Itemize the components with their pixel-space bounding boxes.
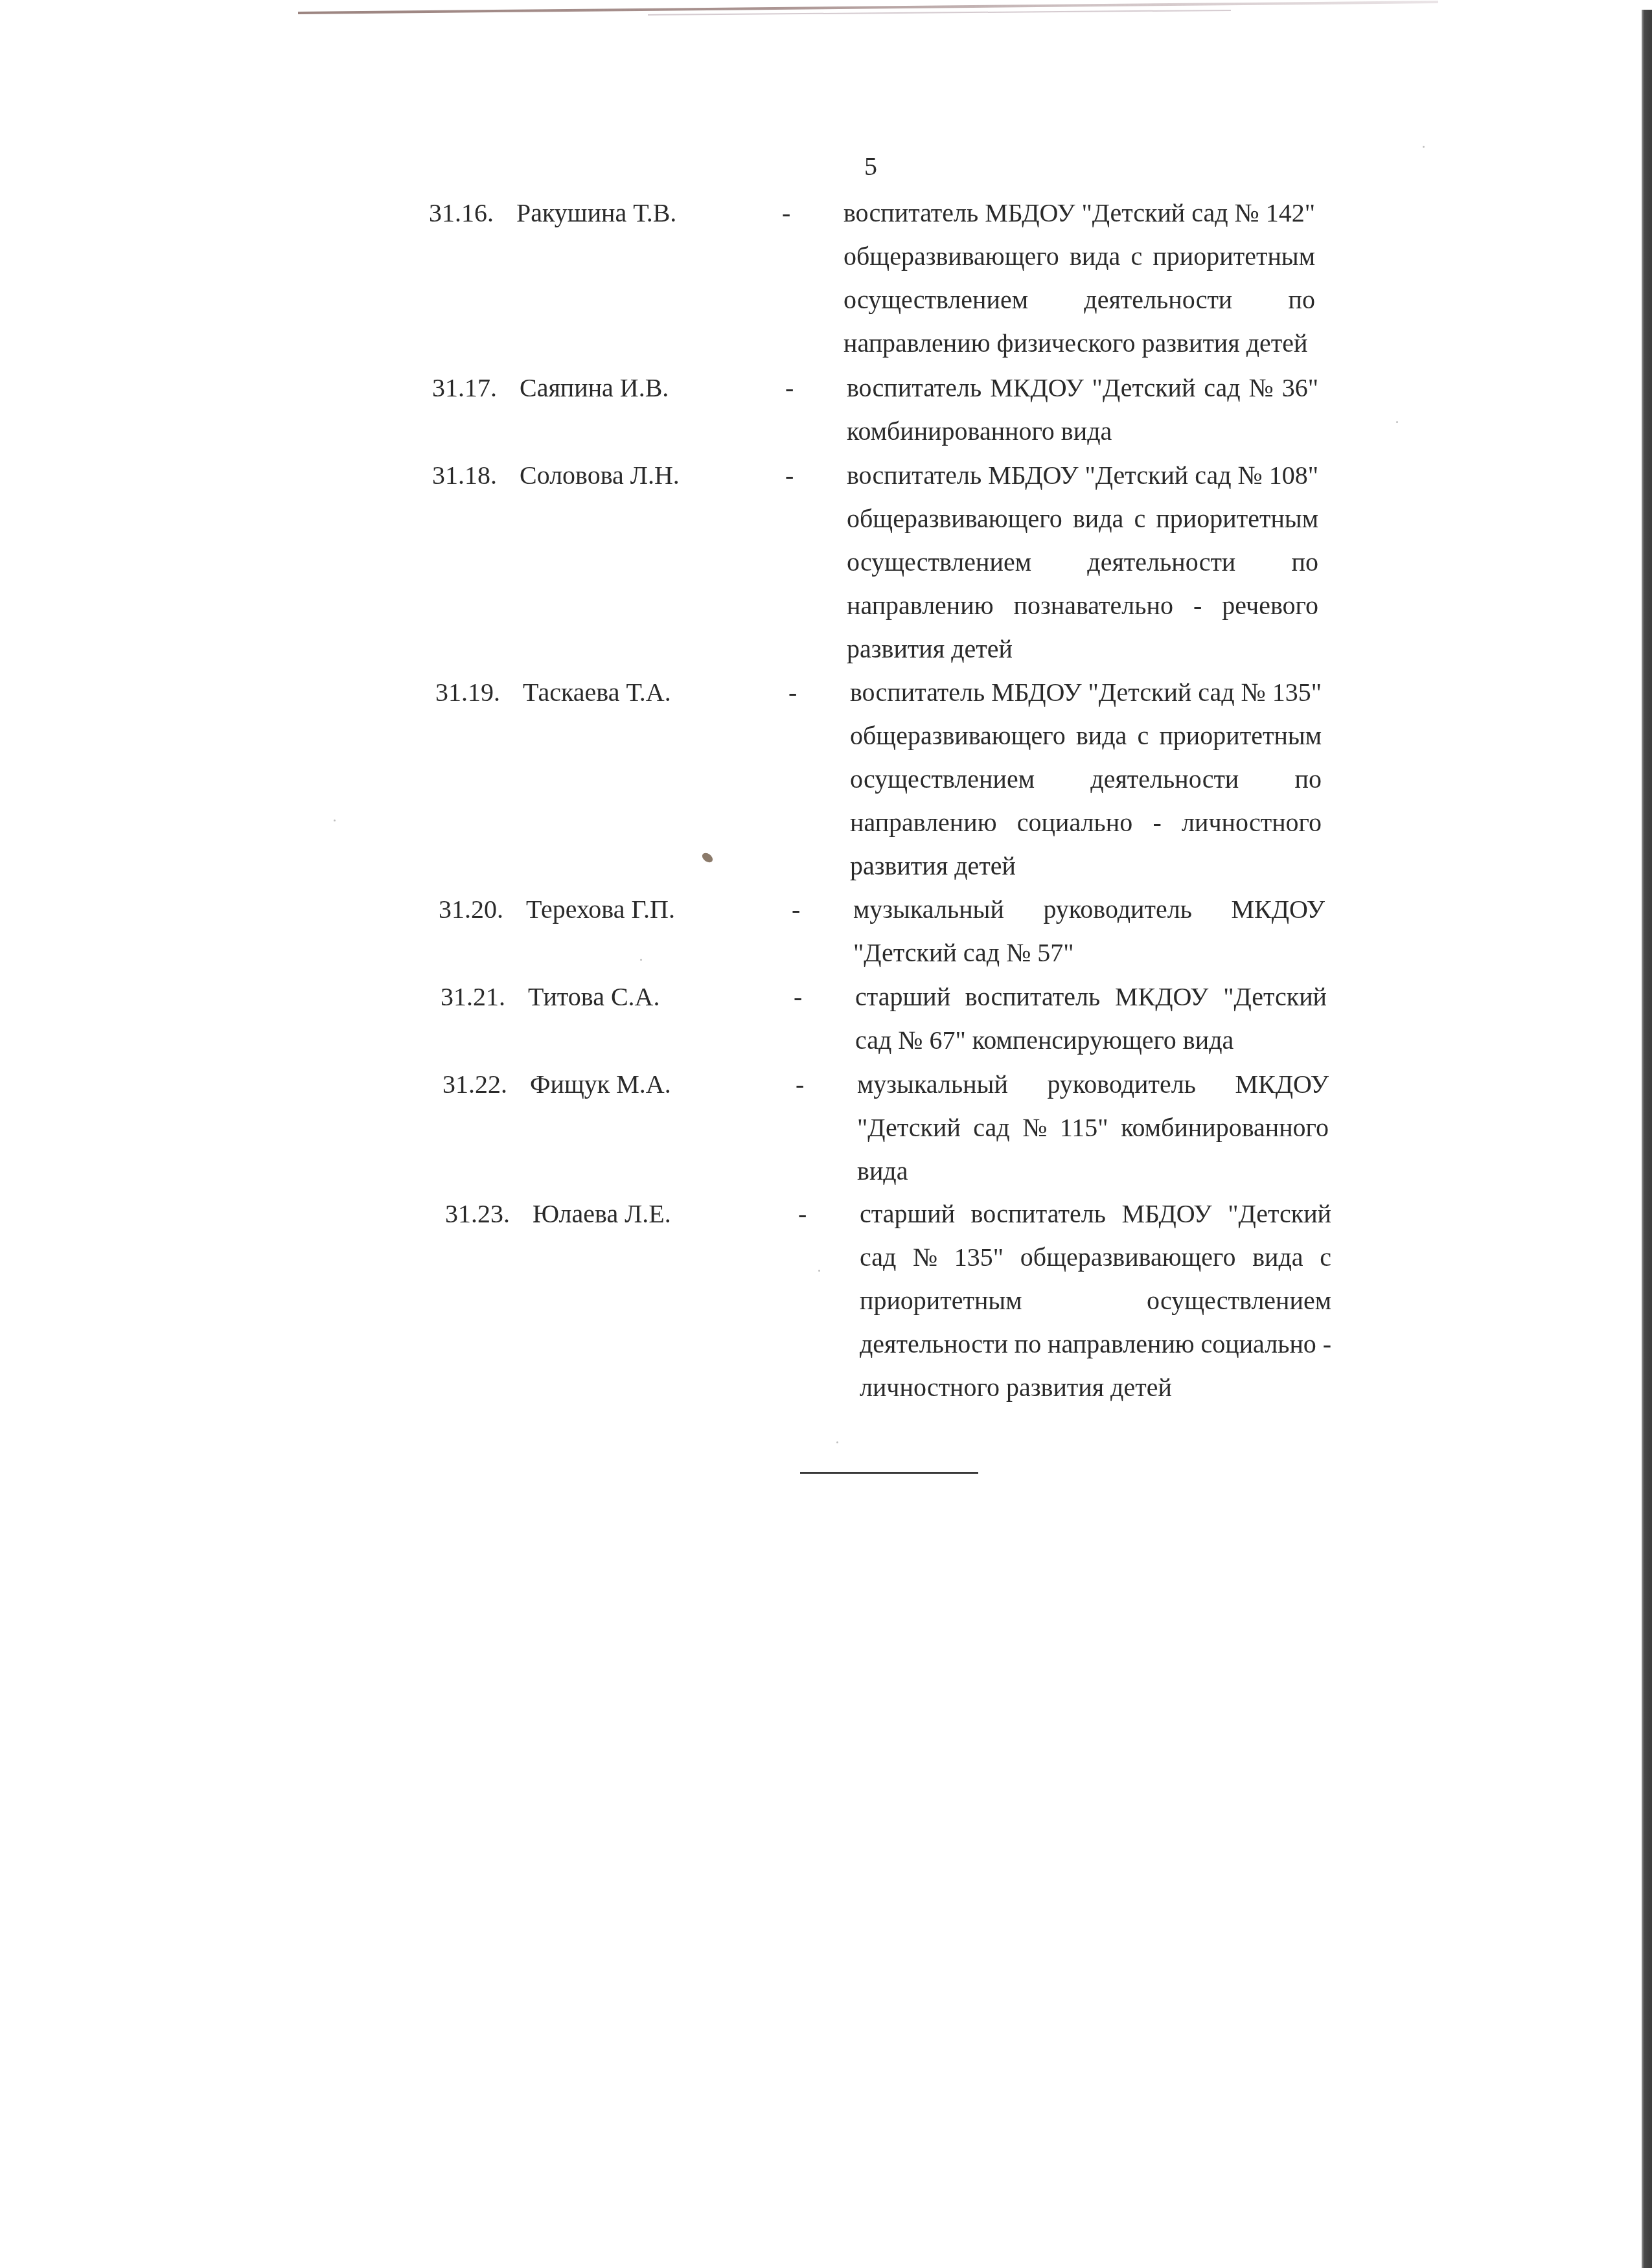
scan-dot xyxy=(334,819,336,821)
description-line: "Детский сад № 57" xyxy=(853,931,1325,974)
scan-right-edge xyxy=(1642,10,1652,2268)
separator-dash: - xyxy=(796,1062,804,1106)
scan-speck xyxy=(700,851,715,864)
person-name: Терехова Г.П. xyxy=(526,888,675,931)
description-line: воспитательМБДОУ"Детскийсад№135" xyxy=(850,670,1322,714)
description-line: комбинированного вида xyxy=(847,409,1318,453)
position-description: воспитательМБДОУ"Детскийсад№108"общеразв… xyxy=(847,453,1318,670)
description-line: направлениюпознавательно-речевого xyxy=(847,584,1318,627)
position-description: музыкальныйруководительМКДОУ"Детский сад… xyxy=(853,888,1325,974)
description-line: деятельностипонаправлениюсоциально- xyxy=(860,1322,1331,1366)
separator-dash: - xyxy=(782,191,790,235)
position-description: музыкальныйруководительМКДОУ"Детскийсад№… xyxy=(857,1062,1329,1193)
entry-number: 31.19. xyxy=(435,670,500,714)
position-description: воспитательМБДОУ"Детскийсад№135"общеразв… xyxy=(850,670,1322,888)
entry-number: 31.23. xyxy=(445,1192,510,1235)
description-line: приоритетнымосуществлением xyxy=(860,1279,1331,1322)
position-description: воспитательМБДОУ"Детскийсад№142"общеразв… xyxy=(843,191,1315,365)
description-line: развития детей xyxy=(847,627,1318,670)
description-line: общеразвивающеговидасприоритетным xyxy=(847,497,1318,540)
person-name: Саяпина И.В. xyxy=(520,366,669,409)
description-line: "Детскийсад№115"комбинированного xyxy=(857,1106,1329,1149)
description-line: воспитательМБДОУ"Детскийсад№142" xyxy=(843,191,1315,235)
scan-dot xyxy=(818,1270,820,1272)
description-line: старшийвоспитательМБДОУ"Детский xyxy=(860,1192,1331,1235)
separator-dash: - xyxy=(785,453,794,497)
description-line: старшийвоспитательМКДОУ"Детский xyxy=(855,975,1327,1018)
description-line: общеразвивающеговидасприоритетным xyxy=(843,235,1315,278)
scan-dot xyxy=(836,1441,838,1443)
description-line: осуществлениемдеятельностипо xyxy=(850,757,1322,801)
position-description: старшийвоспитательМКДОУ"Детскийсад № 67"… xyxy=(855,975,1327,1062)
description-line: воспитательМКДОУ"Детскийсад№36" xyxy=(847,366,1318,409)
description-line: музыкальныйруководительМКДОУ xyxy=(857,1062,1329,1106)
scan-edge-line-secondary xyxy=(648,10,1231,16)
end-of-list-rule xyxy=(800,1472,978,1474)
entry-number: 31.18. xyxy=(432,453,497,497)
description-line: личностного развития детей xyxy=(860,1366,1331,1409)
person-name: Фищук М.А. xyxy=(530,1062,671,1106)
entry-number: 31.21. xyxy=(441,975,505,1018)
separator-dash: - xyxy=(785,366,794,409)
description-line: вида xyxy=(857,1149,1329,1193)
position-description: воспитательМКДОУ"Детскийсад№36"комбиниро… xyxy=(847,366,1318,453)
entry-number: 31.22. xyxy=(442,1062,507,1106)
entry-number: 31.20. xyxy=(439,888,503,931)
position-description: старшийвоспитательМБДОУ"Детскийсад№135"о… xyxy=(860,1192,1331,1409)
person-name: Соловова Л.Н. xyxy=(520,453,680,497)
person-name: Таскаева Т.А. xyxy=(523,670,671,714)
scan-dot xyxy=(640,959,642,961)
entry-number: 31.16. xyxy=(429,191,494,235)
description-line: осуществлениемдеятельностипо xyxy=(843,278,1315,321)
description-line: развития детей xyxy=(850,844,1322,888)
description-line: сад № 67" компенсирующего вида xyxy=(855,1018,1327,1062)
person-name: Ракушина Т.В. xyxy=(516,191,676,235)
scan-dot xyxy=(1423,146,1425,148)
separator-dash: - xyxy=(798,1192,807,1235)
person-name: Титова С.А. xyxy=(528,975,660,1018)
separator-dash: - xyxy=(788,670,797,714)
entry-number: 31.17. xyxy=(432,366,497,409)
description-line: направлению физического развития детей xyxy=(843,321,1315,365)
page-number: 5 xyxy=(864,150,877,183)
separator-dash: - xyxy=(792,888,800,931)
description-line: направлениюсоциально-личностного xyxy=(850,801,1322,844)
description-line: осуществлениемдеятельностипо xyxy=(847,540,1318,584)
description-line: общеразвивающеговидасприоритетным xyxy=(850,714,1322,757)
separator-dash: - xyxy=(794,975,802,1018)
scan-dot xyxy=(1396,421,1398,423)
description-line: музыкальныйруководительМКДОУ xyxy=(853,888,1325,931)
description-line: сад№135"общеразвивающеговидас xyxy=(860,1235,1331,1279)
description-line: воспитательМБДОУ"Детскийсад№108" xyxy=(847,453,1318,497)
person-name: Юлаева Л.Е. xyxy=(533,1192,671,1235)
